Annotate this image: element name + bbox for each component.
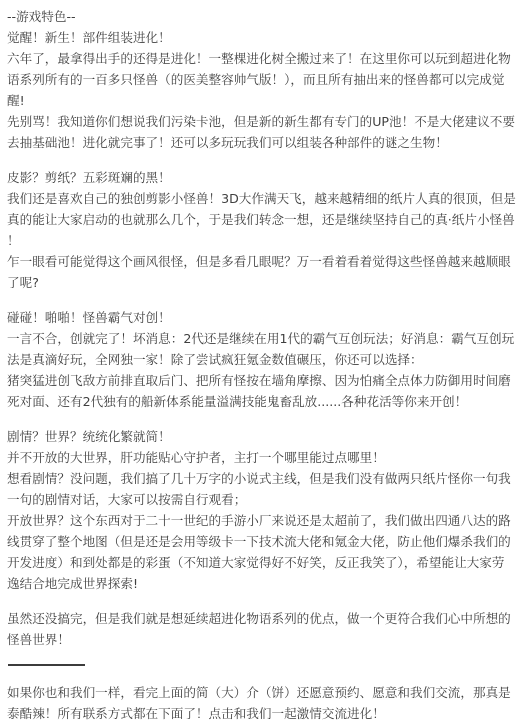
section-awaken-para-1: 六年了，最拿得出手的还得是进化！一整棵进化树全搬过来了！在这里你可以玩到超进化物… [7,48,516,111]
section-divider [8,664,85,666]
section-battle-para-2: 猪突猛进创飞敌方前排直取后门、把所有怪按在墙角摩擦、因为怕痛全点体力防御用时间磨… [7,370,516,412]
section-battle-para-1: 一言不合，创就完了！坏消息：2代还是继续在用1代的霸气互创玩法；好消息：霸气互创… [7,328,516,370]
closing-text: 虽然还没搞完，但是我们就是想延续超进化物语系列的优点，做一个更符合我们心中所想的… [7,608,516,650]
section-story-para-3: 开放世界？这个东西对于二十一世纪的手游小厂来说还是太超前了，我们做出四通八达的路… [7,510,516,594]
section-battle: 碰碰！啪啪！怪兽霸气对创！ 一言不合，创就完了！坏消息：2代还是继续在用1代的霸… [7,307,516,412]
section-story: 剧情？世界？统统化繁就简！ 并不开放的大世界，肝功能贴心守护者，主打一个哪里能过… [7,426,516,594]
section-awaken-heading: 觉醒！新生！部件组装进化！ [7,27,516,48]
section-artstyle-para-1: 我们还是喜欢自己的独创剪影小怪兽！3D大作满天飞，越来越精细的纸片人真的很顶，但… [7,188,516,251]
section-awaken: --游戏特色-- 觉醒！新生！部件组装进化！ 六年了，最拿得出手的还得是进化！一… [7,6,516,153]
doc-title: --游戏特色-- [7,6,516,27]
section-story-heading: 剧情？世界？统统化繁就简！ [7,426,516,447]
footer-call-to-action: 如果你也和我们一样，看完上面的简（大）介（饼）还愿意预约、愿意和我们交流，那真是… [7,682,516,724]
section-story-para-2: 想看剧情？没问题，我们搞了几十万字的小说式主线，但是我们没有做两只纸片怪你一句我… [7,468,516,510]
section-artstyle-para-2: 乍一眼看可能觉得这个画风很怪，但是多看几眼呢？万一看着看着觉得这些怪兽越来越顺眼… [7,251,516,293]
closing-statement: 虽然还没搞完，但是我们就是想延续超进化物语系列的优点，做一个更符合我们心中所想的… [7,608,516,650]
game-description-document: --游戏特色-- 觉醒！新生！部件组装进化！ 六年了，最拿得出手的还得是进化！一… [0,0,522,724]
section-story-para-1: 并不开放的大世界，肝功能贴心守护者，主打一个哪里能过点哪里！ [7,447,516,468]
footer-text: 如果你也和我们一样，看完上面的简（大）介（饼）还愿意预约、愿意和我们交流，那真是… [7,682,516,724]
section-artstyle-heading: 皮影？剪纸？五彩斑斓的黑！ [7,167,516,188]
section-awaken-para-2: 先别骂！我知道你们想说我们污染卡池，但是新的新生都有专门的UP池！不是大佬建议不… [7,111,516,153]
section-battle-heading: 碰碰！啪啪！怪兽霸气对创！ [7,307,516,328]
section-artstyle: 皮影？剪纸？五彩斑斓的黑！ 我们还是喜欢自己的独创剪影小怪兽！3D大作满天飞，越… [7,167,516,293]
